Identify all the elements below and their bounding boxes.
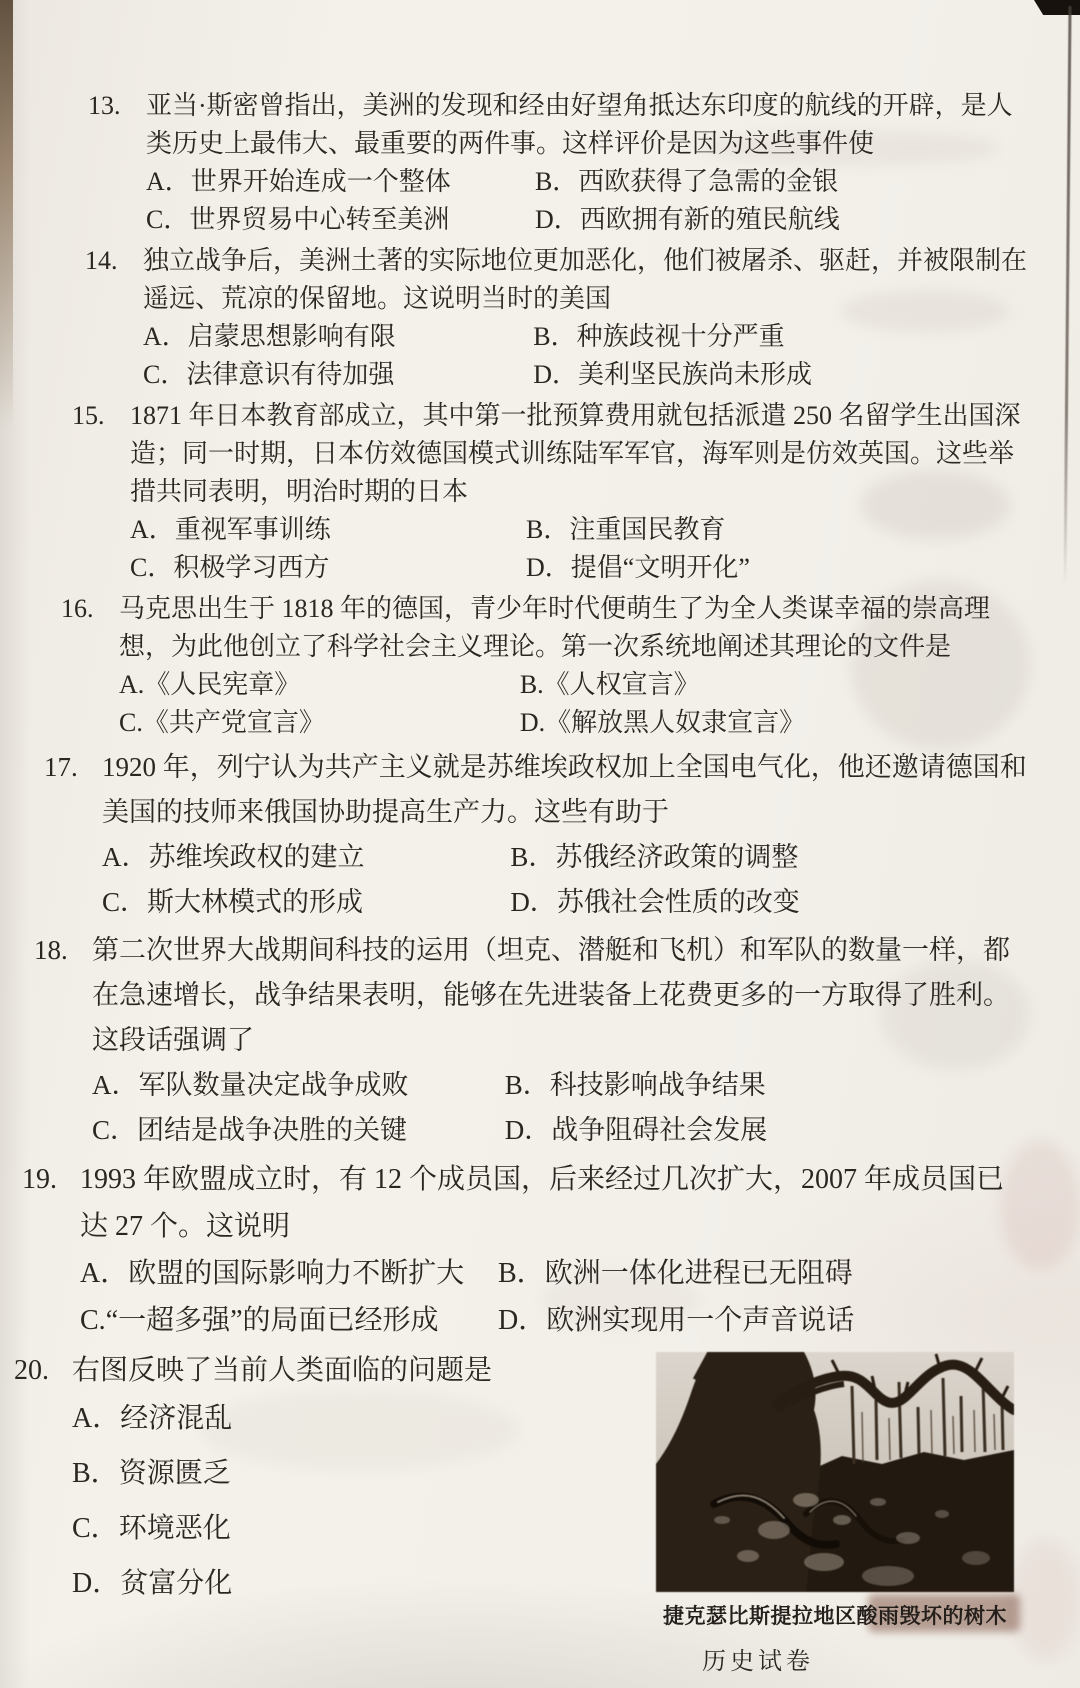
q18-option-b: B．科技影响战争结果 [505,1063,1030,1108]
q15-option-b: B．注重国民教育 [526,511,1030,549]
q19-option-d: D．欧洲实现用一个声音说话 [498,1297,1030,1344]
options-row: C．斯大林模式的形成 D．苏俄社会性质的改变 [44,880,1030,925]
exam-paper-page: 13.亚当·斯密曾指出，美洲的发现和经由好望角抵达东印度的航线的开辟，是人类历史… [0,0,1080,1688]
options-row: C．积极学习西方 D．提倡“文明开化” [72,549,1030,587]
question-stem: 18.第二次世界大战期间科技的运用（坦克、潜艇和飞机）和军队的数量一样，都在急速… [34,928,1030,1063]
question-number: 14. [85,242,143,280]
options-row: C.《共产党宣言》 D.《解放黑人奴隶宣言》 [61,704,1030,742]
question-16: 16.马克思出生于 1818 年的德国，青少年时代便萌生了为全人类谋幸福的崇高理… [61,590,1030,742]
question-text: 1993 年欧盟成立时，有 12 个成员国，后来经过几次扩大，2007 年成员国… [80,1164,1004,1242]
question-stem: 19.1993 年欧盟成立时，有 12 个成员国，后来经过几次扩大，2007 年… [22,1156,1030,1250]
options-row: A.《人民宪章》 B.《人权宣言》 [61,666,1030,704]
options-row: A．欧盟的国际影响力不断扩大 B．欧洲一体化进程已无阻碍 [22,1250,1030,1297]
q15-option-d: D．提倡“文明开化” [526,549,1030,587]
question-text: 独立战争后，美洲土著的实际地位更加恶化，他们被屠杀、驱赶，并被限制在遥远、荒凉的… [143,246,1027,313]
question-13: 13.亚当·斯密曾指出，美洲的发现和经由好望角抵达东印度的航线的开辟，是人类历史… [88,87,1030,239]
options-row: A．军队数量决定战争成败 B．科技影响战争结果 [34,1063,1030,1108]
question-number: 13. [88,87,146,125]
options-row: C．法律意识有待加强 D．美利坚民族尚未形成 [85,356,1030,394]
question-text: 亚当·斯密曾指出，美洲的发现和经由好望角抵达东印度的航线的开辟，是人类历史上最伟… [146,91,1013,158]
options-row: A．苏维埃政权的建立 B．苏俄经济政策的调整 [44,835,1030,880]
q16-option-c: C.《共产党宣言》 [119,704,520,742]
question-text: 第二次世界大战期间科技的运用（坦克、潜艇和飞机）和军队的数量一样，都在急速增长，… [92,935,1010,1055]
question-stem: 13.亚当·斯密曾指出，美洲的发现和经由好望角抵达东印度的航线的开辟，是人类历史… [88,87,1030,163]
question-14: 14.独立战争后，美洲土著的实际地位更加恶化，他们被屠杀、驱赶，并被限制在遥远、… [85,242,1030,394]
question-text: 右图反映了当前人类面临的问题是 [72,1355,492,1386]
question-text: 1871 年日本教育部成立，其中第一批预算费用就包括派遣 250 名留学生出国深… [130,401,1021,506]
question-number: 17. [44,745,102,790]
question-20-figure: 捷克瑟比斯提拉地区酸雨毁坏的树木 [656,1352,1014,1630]
options-row: C.“一超多强”的局面已经形成 D．欧洲实现用一个声音说话 [22,1297,1030,1344]
q13-option-d: D．西欧拥有新的殖民航线 [535,201,1030,239]
q14-option-c: C．法律意识有待加强 [143,356,533,394]
q19-option-b: B．欧洲一体化进程已无阻碍 [498,1250,1030,1297]
q13-option-b: B．西欧获得了急需的金银 [535,163,1030,201]
q15-option-a: A．重视军事训练 [130,511,526,549]
question-stem: 17.1920 年，列宁认为共产主义就是苏维埃政权加上全国电气化，他还邀请德国和… [44,745,1030,835]
question-number: 20. [14,1347,72,1395]
q17-option-b: B．苏俄经济政策的调整 [510,835,1030,880]
page-top-right-corner-mark [1034,0,1080,15]
question-text: 1920 年，列宁认为共产主义就是苏维埃政权加上全国电气化，他还邀请德国和美国的… [102,752,1027,827]
q16-option-b: B.《人权宣言》 [520,666,1030,704]
q19-option-c: C.“一超多强”的局面已经形成 [80,1297,498,1344]
q17-option-c: C．斯大林模式的形成 [102,880,510,925]
q14-option-a: A．启蒙思想影响有限 [143,318,533,356]
q18-option-a: A．军队数量决定战争成败 [92,1063,505,1108]
question-number: 19. [22,1156,80,1203]
q17-option-d: D．苏俄社会性质的改变 [510,880,1030,925]
q13-option-a: A．世界开始连成一个整体 [146,163,535,201]
q16-option-d: D.《解放黑人奴隶宣言》 [520,704,1030,742]
question-stem: 16.马克思出生于 1818 年的德国，青少年时代便萌生了为全人类谋幸福的崇高理… [61,590,1030,666]
q15-option-c: C．积极学习西方 [130,549,526,587]
dead-trees-photo [656,1352,1014,1592]
question-text: 马克思出生于 1818 年的德国，青少年时代便萌生了为全人类谋幸福的崇高理想，为… [119,594,990,661]
q14-option-d: D．美利坚民族尚未形成 [533,356,1030,394]
figure-caption: 捷克瑟比斯提拉地区酸雨毁坏的树木 [656,1600,1014,1630]
page-right-fold-line [1063,6,1071,586]
question-stem: 15.1871 年日本教育部成立，其中第一批预算费用就包括派遣 250 名留学生… [72,397,1030,511]
q13-option-c: C．世界贸易中心转至美洲 [146,201,535,239]
q19-option-a: A．欧盟的国际影响力不断扩大 [80,1250,498,1297]
options-row: C．团结是战争决胜的关键 D．战争阻碍社会发展 [34,1108,1030,1153]
options-row: C．世界贸易中心转至美洲 D．西欧拥有新的殖民航线 [88,201,1030,239]
question-18: 18.第二次世界大战期间科技的运用（坦克、潜艇和飞机）和军队的数量一样，都在急速… [34,928,1030,1153]
question-15: 15.1871 年日本教育部成立，其中第一批预算费用就包括派遣 250 名留学生… [72,397,1030,587]
q14-option-b: B．种族歧视十分严重 [533,318,1030,356]
page-footer: 历史试卷 [702,1641,814,1676]
q17-option-a: A．苏维埃政权的建立 [102,835,510,880]
question-number: 15. [72,397,130,435]
q18-option-c: C．团结是战争决胜的关键 [92,1108,505,1153]
question-stem: 14.独立战争后，美洲土著的实际地位更加恶化，他们被屠杀、驱赶，并被限制在遥远、… [85,242,1030,318]
question-number: 18. [34,928,92,973]
options-row: A．重视军事训练 B．注重国民教育 [72,511,1030,549]
q16-option-a: A.《人民宪章》 [119,666,520,704]
question-number: 16. [61,590,119,628]
options-row: A．世界开始连成一个整体 B．西欧获得了急需的金银 [88,163,1030,201]
question-19: 19.1993 年欧盟成立时，有 12 个成员国，后来经过几次扩大，2007 年… [22,1156,1030,1344]
q18-option-d: D．战争阻碍社会发展 [505,1108,1030,1153]
options-row: A．启蒙思想影响有限 B．种族歧视十分严重 [85,318,1030,356]
question-17: 17.1920 年，列宁认为共产主义就是苏维埃政权加上全国电气化，他还邀请德国和… [44,745,1030,925]
